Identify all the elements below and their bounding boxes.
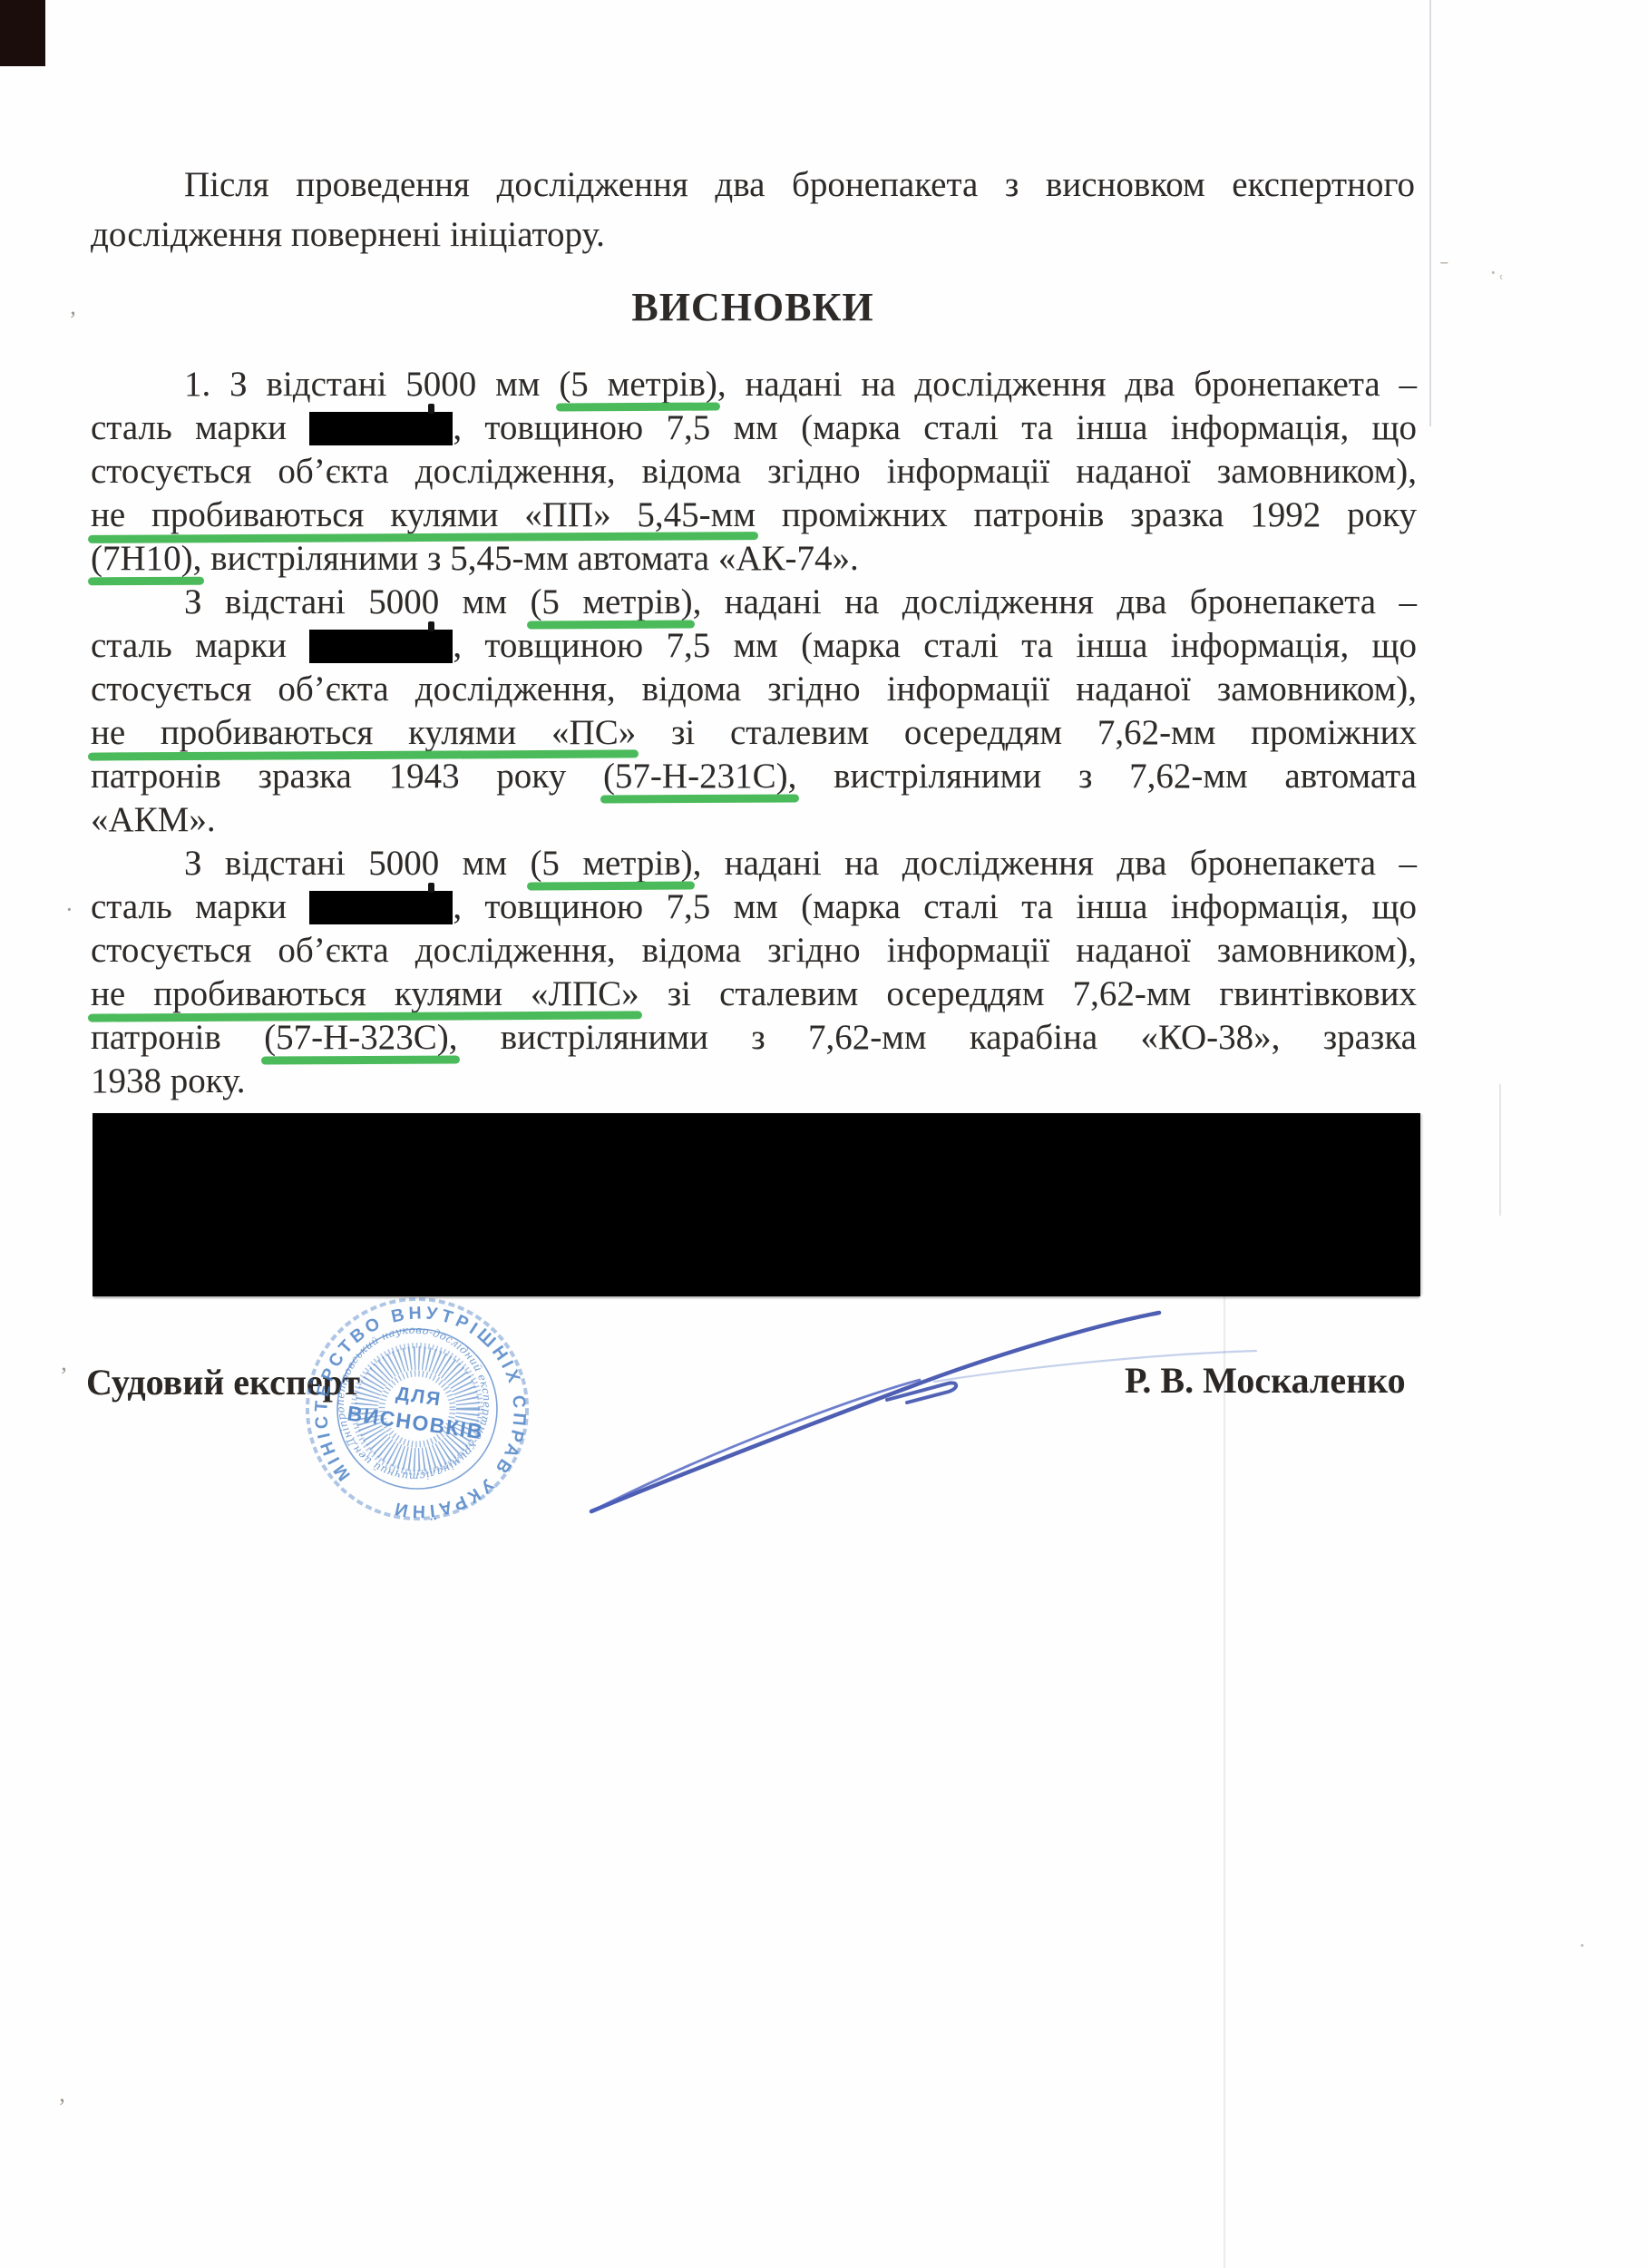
- scan-speck: ’: [58, 2103, 66, 2112]
- text-span: Після проведення дослідження два бронепа…: [184, 165, 1415, 204]
- scan-speck: ˗: [1440, 256, 1448, 265]
- scan-corner-artifact: [0, 0, 45, 66]
- text-line: патронів зразка 1943 року (57-Н-231С), в…: [91, 755, 1417, 798]
- text-line: не пробиваються кулями «ПС» зі сталевим …: [91, 711, 1417, 755]
- text-span: сталь марки: [91, 626, 309, 665]
- stamp-center-line2: ВИСНОВКІВ: [346, 1401, 485, 1443]
- signature-stroke: [591, 1313, 1159, 1511]
- text-line: не пробиваються кулями «ЛПС» зі сталевим…: [91, 973, 1417, 1016]
- scan-speck: ·: [65, 905, 73, 914]
- text-line: сталь марки , товщиною 7,5 мм (марка ста…: [91, 624, 1417, 668]
- text-span: «АКМ».: [91, 800, 216, 839]
- text-span: , надані на дослідження два бронепакета …: [717, 365, 1417, 404]
- green-underlined-text: (5 метрів): [530, 844, 692, 883]
- text-span: , товщиною 7,5 мм (марка сталі та інша і…: [453, 408, 1417, 447]
- text-line: стосується об’єкта дослідження, відома з…: [91, 668, 1417, 711]
- text-span: сталь марки: [91, 408, 309, 447]
- text-line: Після проведення дослідження два бронепа…: [91, 160, 1415, 210]
- green-underlined-text: (57-Н-323С),: [264, 1018, 457, 1057]
- redaction-box: [309, 630, 453, 663]
- green-underlined-text: (5 метрів): [530, 582, 692, 621]
- text-line: стосується об’єкта дослідження, відома з…: [91, 450, 1417, 494]
- text-span: , товщиною 7,5 мм (марка сталі та інша і…: [453, 626, 1417, 665]
- text-span: стосується об’єкта дослідження, відома з…: [91, 931, 1417, 970]
- text-span: патронів зразка 1943 року: [91, 757, 603, 796]
- text-line: (7Н10), вистріляними з 5,45-мм автомата …: [91, 537, 1417, 581]
- text-span: З відстані 5000 мм: [184, 844, 530, 883]
- text-span: зі сталевим осереддям 7,62-мм гвинтівков…: [639, 974, 1417, 1013]
- redaction-box: [309, 891, 453, 924]
- signer-name: Р. В. Москаленко: [1125, 1359, 1406, 1402]
- text-span: , товщиною 7,5 мм (марка сталі та інша і…: [453, 887, 1417, 926]
- conclusions-heading: ВИСНОВКИ: [91, 284, 1415, 330]
- scan-speck: ·˓: [1489, 269, 1505, 278]
- text-span: З відстані 5000 мм: [184, 582, 530, 621]
- stamp-center-line1: ДЛЯ: [395, 1383, 444, 1411]
- green-underlined-text: (7Н10),: [91, 539, 201, 578]
- text-line: З відстані 5000 мм (5 метрів), надані на…: [91, 842, 1417, 885]
- scan-fold-line: [1429, 0, 1431, 426]
- conclusions-body: 1. З відстані 5000 мм (5 метрів), надані…: [91, 363, 1417, 1103]
- text-line: 1938 року.: [91, 1060, 1417, 1103]
- intro-paragraph: Після проведення дослідження два бронепа…: [91, 160, 1415, 259]
- scan-speck: ’: [60, 1372, 68, 1381]
- text-span: 1938 року.: [91, 1061, 246, 1100]
- redaction-block: [93, 1113, 1420, 1296]
- text-line: стосується об’єкта дослідження, відома з…: [91, 929, 1417, 973]
- text-span: вистріляними з 7,62-мм автомата: [796, 757, 1417, 796]
- text-line: З відстані 5000 мм (5 метрів), надані на…: [91, 581, 1417, 624]
- green-underlined-text: (57-Н-231С),: [603, 757, 796, 796]
- official-stamp: МІНІСТЕРСТВО ВНУТРІШНІХ СПРАВ УКРАЇНИ Дн…: [295, 1286, 540, 1531]
- text-line: «АКМ».: [91, 798, 1417, 842]
- scan-speck: ’: [69, 316, 77, 325]
- text-span: , надані на дослідження два бронепакета …: [693, 844, 1417, 883]
- signature-stroke: [591, 1380, 920, 1511]
- scan-fold-line: [1499, 1084, 1501, 1216]
- text-span: зі сталевим осереддям 7,62-мм проміжних: [636, 713, 1417, 752]
- green-underlined-text: (5 метрів): [559, 365, 717, 404]
- text-line: не пробиваються кулями «ПП» 5,45-мм пром…: [91, 494, 1417, 537]
- text-span: патронів: [91, 1018, 264, 1057]
- text-span: дослідження повернені ініціатору.: [91, 215, 605, 254]
- scan-fold-line: [1224, 1293, 1225, 2268]
- scanned-document-page: ’ · ’ ’ ˗ ·˓ · Після проведення дослідже…: [0, 0, 1648, 2268]
- green-underlined-text: не пробиваються кулями «ПС»: [91, 713, 636, 752]
- text-span: вистріляними з 5,45-мм автомата «АК-74».: [201, 539, 858, 578]
- text-span: сталь марки: [91, 887, 309, 926]
- green-underlined-text: не пробиваються кулями «ЛПС»: [91, 974, 639, 1013]
- text-line: сталь марки , товщиною 7,5 мм (марка ста…: [91, 406, 1417, 450]
- text-span: проміжних патронів зразка 1992 року: [756, 495, 1417, 534]
- scan-speck: ·: [1578, 1941, 1586, 1950]
- text-span: , надані на дослідження два бронепакета …: [693, 582, 1417, 621]
- text-line: дослідження повернені ініціатору.: [91, 210, 1415, 259]
- text-span: стосується об’єкта дослідження, відома з…: [91, 670, 1417, 709]
- text-line: сталь марки , товщиною 7,5 мм (марка ста…: [91, 885, 1417, 929]
- signature-stroke: [887, 1383, 956, 1403]
- text-span: вистріляними з 7,62-мм карабіна «КО-38»,…: [458, 1018, 1418, 1057]
- text-line: патронів (57-Н-323С), вистріляними з 7,6…: [91, 1016, 1417, 1060]
- text-span: 1. З відстані 5000 мм: [184, 365, 559, 404]
- text-line: 1. З відстані 5000 мм (5 метрів), надані…: [91, 363, 1417, 406]
- green-underlined-text: не пробиваються кулями «ПП» 5,45-мм: [91, 495, 756, 534]
- text-span: стосується об’єкта дослідження, відома з…: [91, 452, 1417, 491]
- redaction-box: [309, 412, 453, 445]
